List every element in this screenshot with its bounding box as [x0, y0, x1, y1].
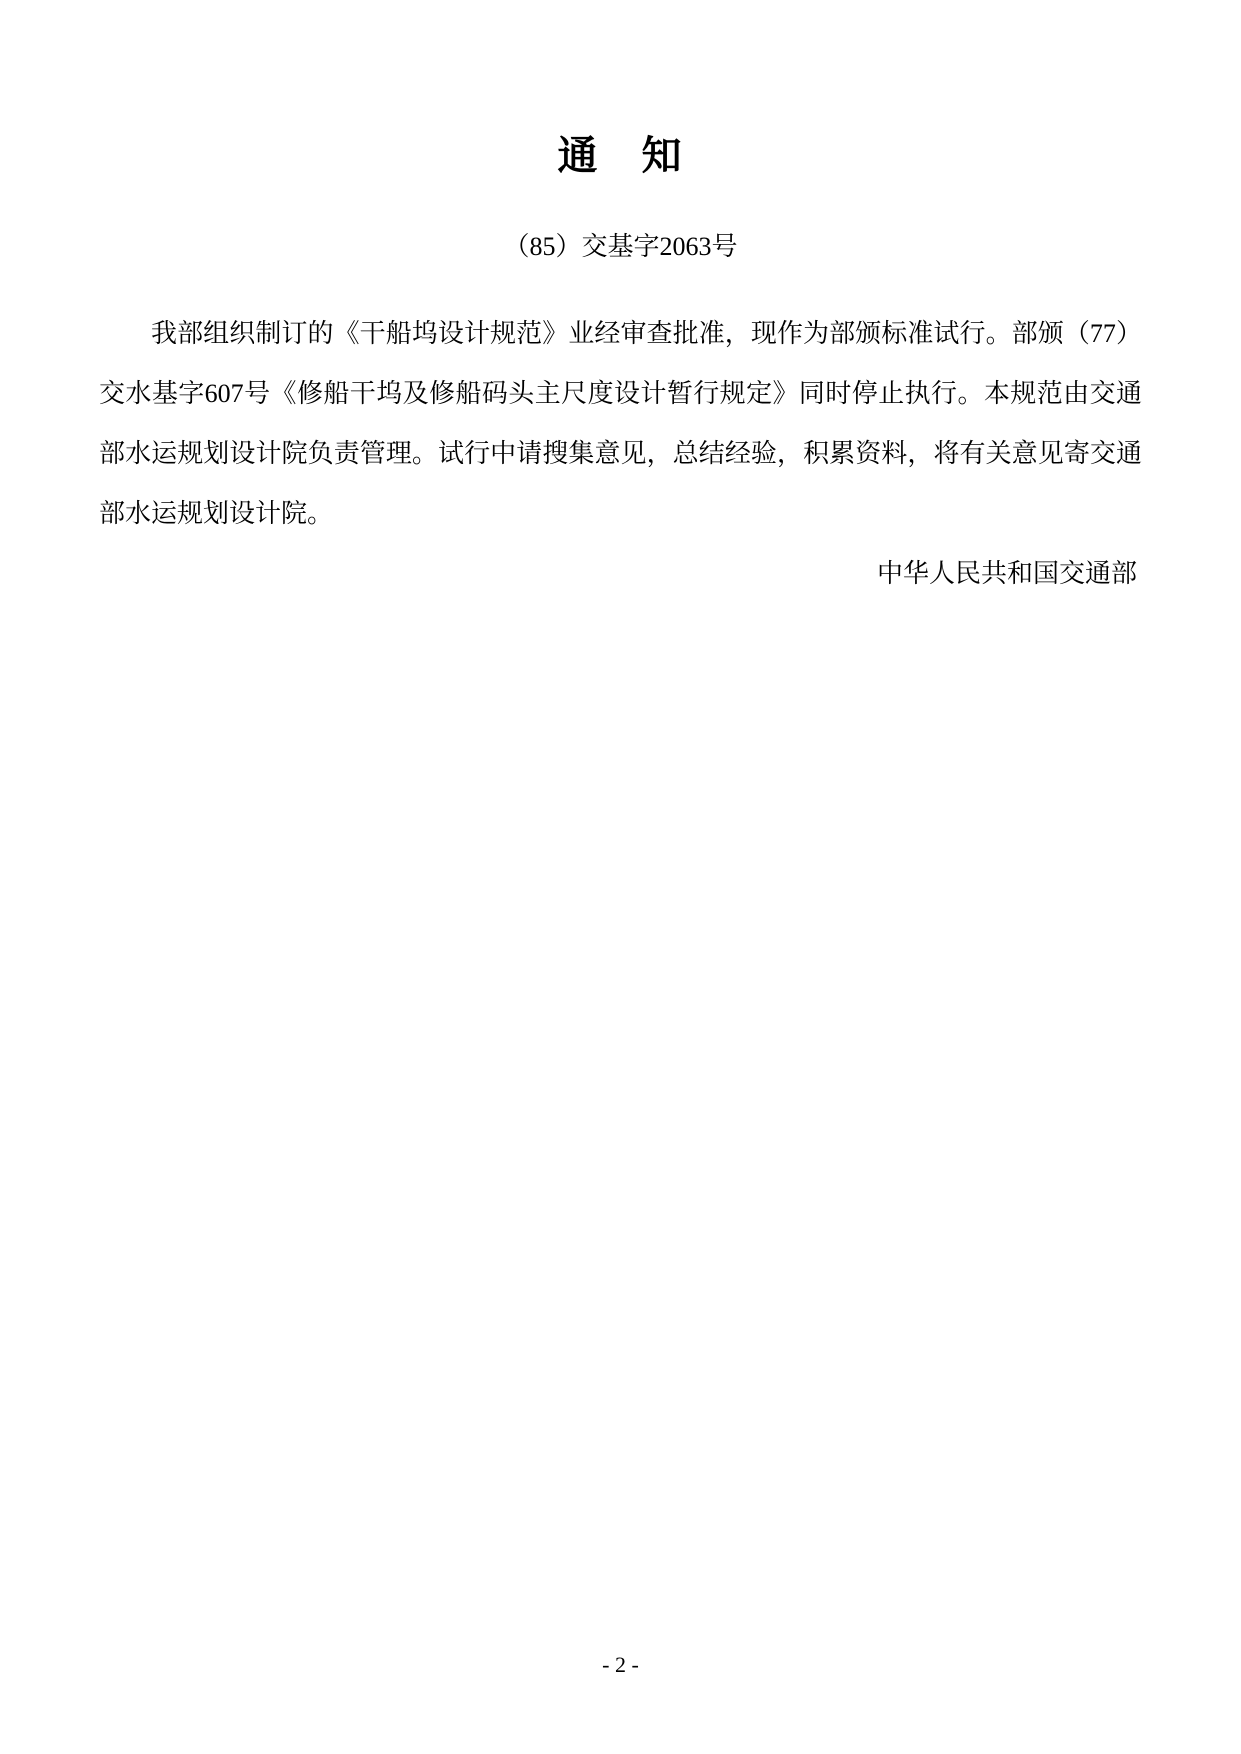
notice-body-paragraph: 我部组织制订的《干船坞设计规范》业经审查批准，现作为部颁标准试行。部颁（77）交…	[99, 304, 1142, 544]
notice-title: 通 知	[0, 0, 1241, 182]
page-number: - 2 -	[0, 1652, 1241, 1678]
issuer-signature: 中华人民共和国交通部	[99, 544, 1137, 604]
document-page: 通 知 （85）交基字2063号 我部组织制订的《干船坞设计规范》业经审查批准，…	[0, 0, 1241, 1754]
document-number: （85）交基字2063号	[0, 232, 1241, 262]
